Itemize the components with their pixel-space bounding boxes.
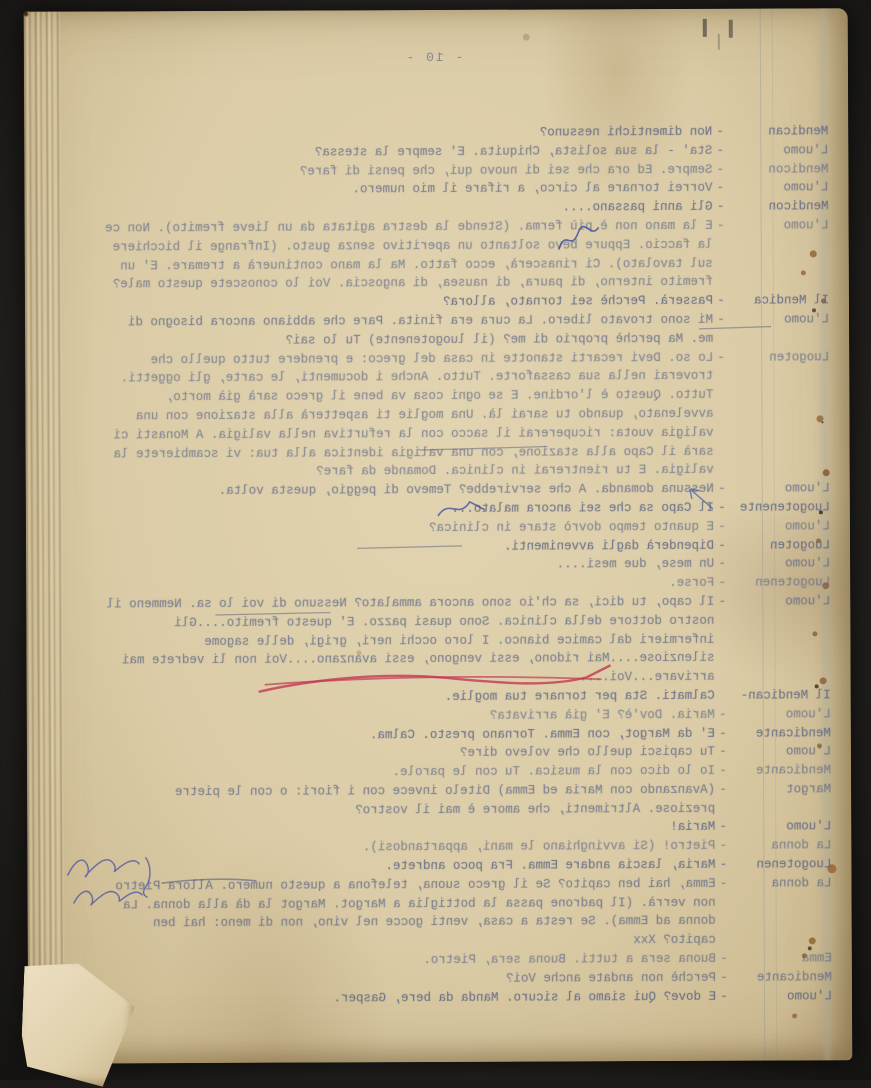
speaker-dash: - xyxy=(712,123,728,142)
speaker-dash: - xyxy=(714,480,730,499)
speaker-name: L'uomo xyxy=(728,179,828,198)
speaker-dash: - xyxy=(714,517,730,536)
speaker-name: L'uomo xyxy=(732,987,832,1006)
speaker-dash: - xyxy=(715,705,731,724)
mirrored-typescript: - 10 - Mendican - Non dimentichi nessuno… xyxy=(40,46,832,1009)
speaker-dash: - xyxy=(712,160,728,179)
speaker-dash: - xyxy=(713,292,729,311)
speaker-dash: - xyxy=(713,311,729,330)
dialogue-text: Emma, hai ben capito? Se il greco suona,… xyxy=(103,875,715,953)
speaker-name: L'uomo xyxy=(728,141,828,160)
speaker-name: Luogotenente xyxy=(730,498,830,517)
speaker-name: L'uomo xyxy=(731,705,831,724)
speaker-dash: - xyxy=(715,837,731,856)
speaker-name: Mendicante xyxy=(731,724,831,743)
speaker-name: L'uomo xyxy=(730,517,830,536)
speaker-name: Mendicante xyxy=(732,968,832,987)
speaker-dash: - xyxy=(713,198,729,217)
script-entry: L'uomo - Mi sono trovato libero. La cura… xyxy=(41,310,829,351)
speaker-dash: - xyxy=(714,536,730,555)
speaker-dash: - xyxy=(715,856,731,875)
page-number: - 10 - xyxy=(40,46,828,68)
dialogue-text: Lo so. Devi recarti stanotte in casa del… xyxy=(101,348,714,482)
speaker-dash: - xyxy=(713,217,729,236)
speaker-name: L'uomo xyxy=(730,479,830,498)
scanned-page: - 10 - Mendican - Non dimentichi nessuno… xyxy=(24,8,853,1064)
speaker-name: L'uomo xyxy=(730,555,830,574)
speaker-name: Luogoten xyxy=(729,348,829,367)
speaker-dash: - xyxy=(715,781,731,800)
speaker-name: Mendicon xyxy=(728,160,828,179)
speaker-name: Mendicon xyxy=(729,197,829,216)
speaker-dash: - xyxy=(713,348,729,367)
speaker-dash: - xyxy=(715,724,731,743)
speaker-dash: - xyxy=(714,593,730,612)
speaker-name: La donna xyxy=(731,874,831,893)
speaker-dash: - xyxy=(716,950,732,969)
dialogue-text: (Avanzando con Maria ed Emma) Ditelo inv… xyxy=(103,781,715,821)
speaker-name: Emma xyxy=(732,949,832,968)
script-entry: L'uomo - E la mano non è più ferma. (Ste… xyxy=(41,216,829,295)
speaker-dash: - xyxy=(716,987,732,1006)
speaker-dash: - xyxy=(716,969,732,988)
speaker-name: L'uomo xyxy=(731,818,831,837)
dialogue-text: E la mano non è più ferma. (Stende la de… xyxy=(101,217,713,295)
speaker-dash: - xyxy=(714,574,730,593)
speaker-name: Il Mendican- xyxy=(731,686,831,705)
speaker-dash: - xyxy=(715,818,731,837)
dialogue-text: Mi sono trovato libero. La cura era fini… xyxy=(101,311,713,351)
dialogue-text: Il capo, tu dici, sa ch'io sono ancora a… xyxy=(102,593,714,690)
speaker-name: L'uomo xyxy=(730,592,830,611)
speaker-dash: - xyxy=(715,762,731,781)
speaker-name: L'uomo xyxy=(731,743,831,762)
speaker-dash: - xyxy=(714,499,730,518)
speaker-name: Il Mendica xyxy=(729,291,829,310)
speaker-name: La donna xyxy=(731,837,831,856)
speaker-name: Luogotenen xyxy=(731,855,831,874)
speaker-name: Luogotenen xyxy=(730,573,830,592)
speaker-name: Margot xyxy=(731,780,831,799)
speaker-name: L'uomo xyxy=(729,310,829,329)
script-entries: Mendican - Non dimentichi nessuno? L'uom… xyxy=(40,122,832,1009)
script-entry: Margot - (Avanzando con Maria ed Emma) D… xyxy=(43,780,831,821)
speaker-dash: - xyxy=(712,142,728,161)
speaker-dash: - xyxy=(715,875,731,894)
speaker-name: L'uomo xyxy=(729,216,829,235)
photo-backdrop: - 10 - Mendican - Non dimentichi nessuno… xyxy=(0,0,871,1080)
speaker-name: Luogoten xyxy=(730,536,830,555)
speaker-name: Mendicante xyxy=(731,761,831,780)
speaker-dash: - xyxy=(712,179,728,198)
dialogue-text: E dove? Qui siamo al sicuro. Manda da be… xyxy=(104,987,716,1008)
script-entry: L'uomo - Il capo, tu dici, sa ch'io sono… xyxy=(42,592,830,689)
script-entry: L'uomo - E dove? Qui siamo al sicuro. Ma… xyxy=(44,987,832,1009)
binding-tick-marks xyxy=(703,19,707,37)
speaker-name: Mendican xyxy=(728,122,828,141)
speaker-dash: - xyxy=(715,743,731,762)
worm-holes xyxy=(24,12,28,16)
script-entry: La donna - Emma, hai ben capito? Se il g… xyxy=(43,874,831,953)
script-entry: Luogoten - Lo so. Devi recarti stanotte … xyxy=(41,348,830,483)
speaker-dash: - xyxy=(714,555,730,574)
